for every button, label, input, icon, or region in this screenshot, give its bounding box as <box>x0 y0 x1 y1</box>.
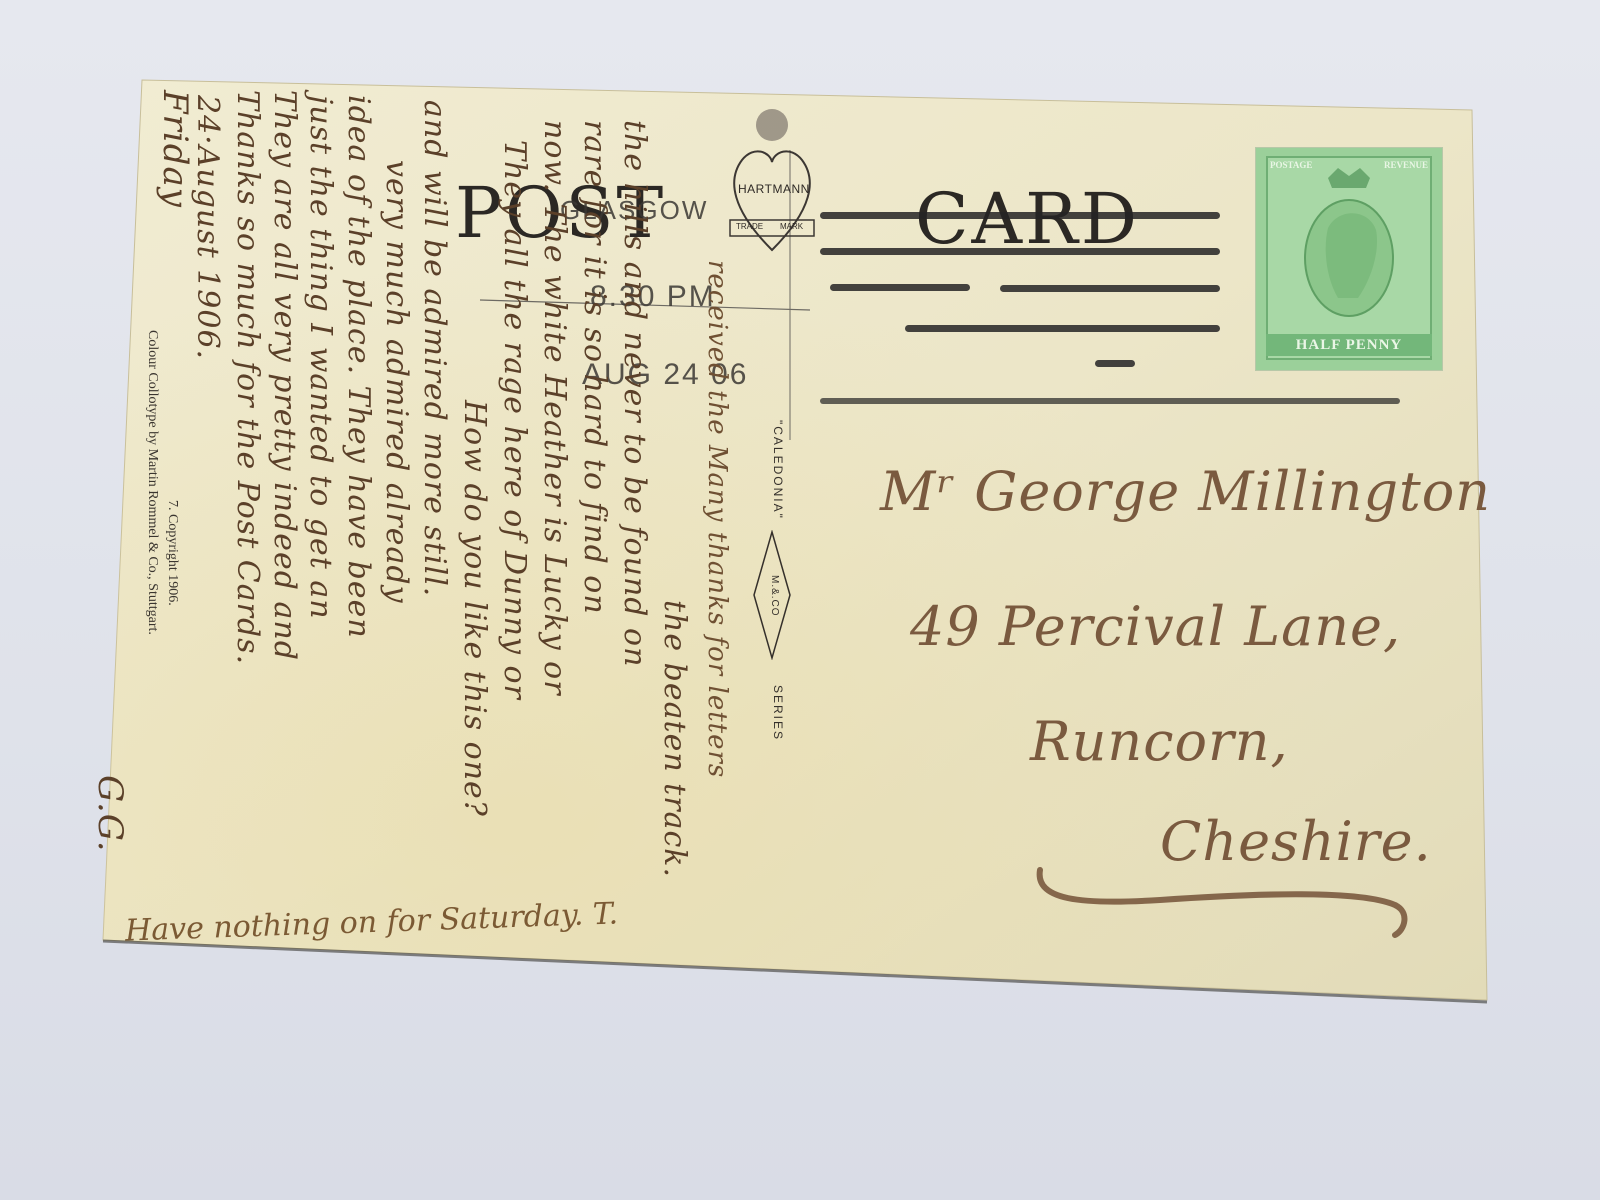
imprint-printer: Colour Collotype by Martin Rommel & Co.,… <box>144 330 160 635</box>
message-line: the hills and never to be found on <box>617 120 652 667</box>
series-name: "CALEDONIA" <box>771 420 785 520</box>
postcard: POST CARD HARTMANN TRADE MARK GLASGOW 8.… <box>0 0 1600 1200</box>
address-town: Runcorn, <box>1030 710 1289 773</box>
address-street: 49 Percival Lane, <box>910 595 1401 658</box>
stamp-portrait-frame <box>1266 156 1432 360</box>
message-line: rare for it is so hard to find on <box>577 120 612 615</box>
message-line: very much admired already <box>379 160 414 604</box>
message-line: received the Many thanks for letters <box>702 260 732 778</box>
logo-banner-right: MARK <box>780 222 803 231</box>
message-signature: G.G. <box>90 775 130 853</box>
stamp-top-text: POSTAGE REVENUE <box>1270 160 1428 170</box>
message-line: the beaten track. <box>657 600 692 878</box>
imprint-copyright: 7. Copyright 1906. <box>164 500 180 606</box>
stamp-denomination: HALF PENNY <box>1266 334 1432 356</box>
stamp-postage: POSTAGE <box>1270 160 1312 170</box>
message-line: just the thing I wanted to get an <box>303 95 338 620</box>
message-line: How do you like this one? <box>457 400 492 817</box>
message-line: now. The white Heather is Lucky or <box>537 120 572 696</box>
address-name: Mʳ George Millington <box>880 460 1491 523</box>
message-dateline-date: 24·August 1906. <box>190 95 225 360</box>
publisher-logo: HARTMANN TRADE MARK <box>722 100 822 270</box>
king-portrait-icon <box>1268 158 1430 358</box>
series-label: SERIES <box>771 685 785 741</box>
series-diamond-text: M.&.CO <box>769 575 780 617</box>
message-line: They are all very pretty indeed and <box>267 90 302 661</box>
message-line: Thanks so much for the Post Cards. <box>230 90 265 665</box>
address-county: Cheshire. <box>1160 810 1432 873</box>
message-line: idea of the place. They have been <box>341 95 376 639</box>
message-line: They all the rage here of Dunny or <box>497 140 532 700</box>
stamp-revenue: REVENUE <box>1384 160 1428 170</box>
logo-banner-left: TRADE <box>736 222 763 231</box>
message-line: and will be admired more still. <box>417 100 452 597</box>
message-dateline-day: Friday <box>155 90 195 208</box>
logo-name: HARTMANN <box>738 182 810 196</box>
half-penny-stamp: POSTAGE REVENUE HALF PENNY <box>1256 148 1442 370</box>
